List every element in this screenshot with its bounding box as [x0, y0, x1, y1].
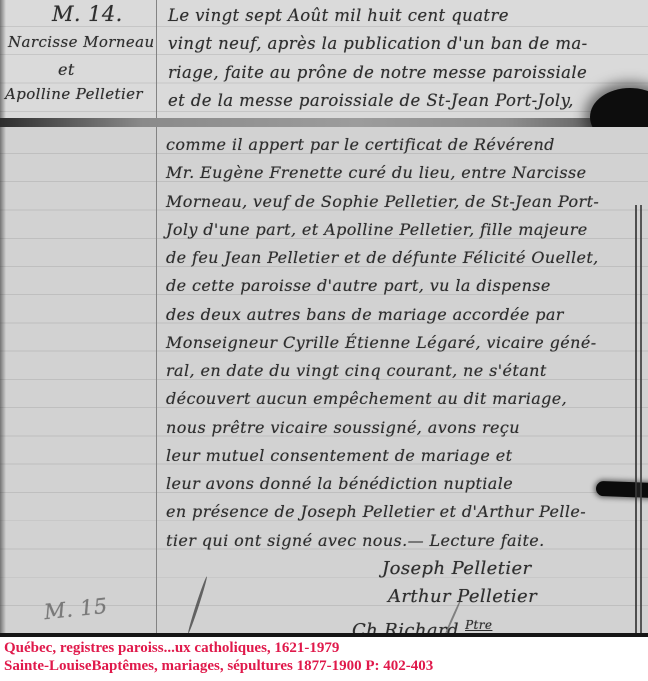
handwritten-line: leur mutuel consentement de mariage et — [166, 442, 644, 470]
handwritten-line: comme il appert par le certificat de Rév… — [166, 131, 644, 159]
priest-name: Ch Richard — [352, 620, 459, 633]
citation-bar: Québec, registres paroiss...ux catholiqu… — [0, 637, 648, 681]
handwritten-line: des deux autres bans de mariage accordée… — [166, 301, 644, 329]
handwritten-line: ral, en date du vingt cinq courant, ne s… — [166, 357, 644, 385]
margin-rule-line — [156, 127, 157, 633]
signature-priest: Ch Richard Ptre — [352, 611, 644, 633]
handwritten-line: nous prêtre vicaire soussigné, avons reç… — [166, 414, 644, 442]
scan-frame-top: M. 14. Narcisse Morneau et Apolline Pell… — [0, 0, 648, 118]
handwritten-line: riage, faite au prône de notre messe par… — [168, 59, 642, 87]
handwritten-line: en présence de Joseph Pelletier et d'Art… — [166, 498, 644, 526]
handwritten-line: tier qui ont signé avec nous.— Lecture f… — [166, 527, 644, 555]
handwritten-line: Mr. Eugène Frenette curé du lieu, entre … — [166, 159, 644, 187]
handwritten-line: vingt neuf, après la publication d'un ba… — [168, 30, 642, 58]
handwritten-line: Morneau, veuf de Sophie Pelletier, de St… — [166, 188, 644, 216]
signature-witness1: Joseph Pelletier — [382, 555, 644, 583]
frame-seam — [0, 118, 648, 127]
margin-conjunction: et — [58, 60, 75, 79]
document-scan-image: M. 14. Narcisse Morneau et Apolline Pell… — [0, 0, 648, 637]
handwritten-line: de cette paroisse d'autre part, vu la di… — [166, 272, 644, 300]
record-viewer: M. 14. Narcisse Morneau et Apolline Pell… — [0, 0, 648, 681]
handwritten-line: découvert aucun empêchement au dit maria… — [166, 385, 644, 413]
act-body-text: comme il appert par le certificat de Rév… — [166, 127, 644, 633]
margin-groom-name: Narcisse Morneau — [8, 33, 158, 51]
handwritten-line: leur avons donné la bénédiction nuptiale — [166, 470, 644, 498]
book-binding-edge — [635, 205, 643, 633]
handwritten-line: de feu Jean Pelletier et de défunte Féli… — [166, 244, 644, 272]
citation-collection: Québec, registres paroiss...ux catholiqu… — [4, 640, 648, 658]
signature-witness2: Arthur Pelletier — [388, 583, 644, 611]
scan-frame-bottom: comme il appert par le certificat de Rév… — [0, 127, 648, 633]
film-left-edge — [0, 127, 6, 633]
record-number: M. 14. — [52, 2, 156, 26]
margin-bride-name: Apolline Pelletier — [5, 85, 159, 103]
next-record-number: M. 15 — [43, 594, 109, 625]
handwritten-line: Joly d'une part, et Apolline Pelletier, … — [166, 216, 644, 244]
handwritten-line: Le vingt sept Août mil huit cent quatre — [168, 2, 642, 30]
handwritten-line: Monseigneur Cyrille Étienne Légaré, vica… — [166, 329, 644, 357]
citation-volume-page: Sainte-LouiseBaptêmes, mariages, sépultu… — [4, 658, 648, 676]
priest-title: Ptre — [465, 618, 492, 632]
handwritten-line: et de la messe paroissiale de St-Jean Po… — [168, 87, 642, 115]
act-opening-text: Le vingt sept Août mil huit cent quatre … — [168, 0, 642, 115]
